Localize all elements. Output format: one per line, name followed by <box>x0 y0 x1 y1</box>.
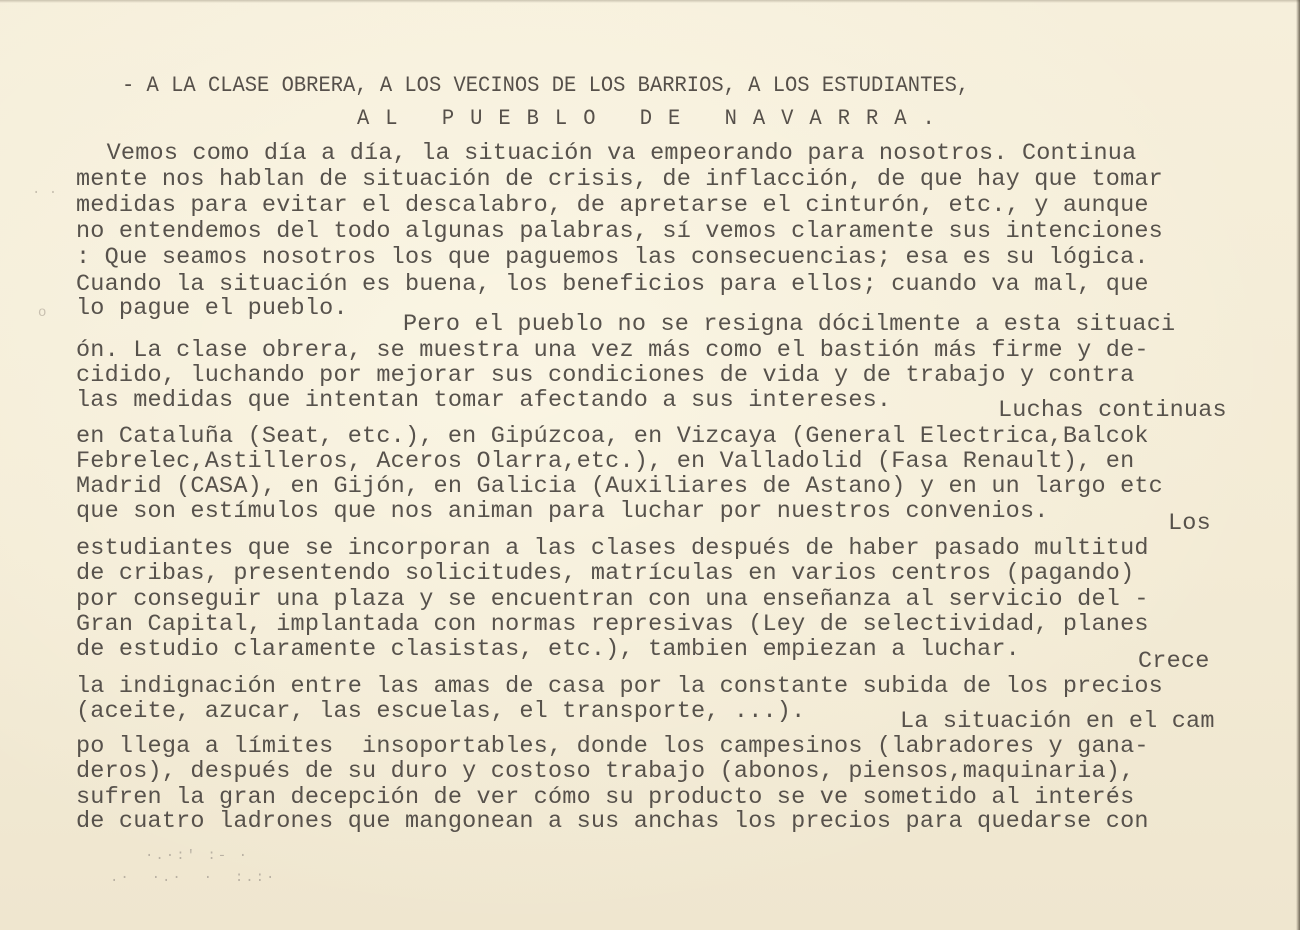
body-line: Febrelec,Astilleros, Aceros Olarra,etc.)… <box>76 450 1134 474</box>
body-line: de cuatro ladrones que mangonean a sus a… <box>76 810 1149 834</box>
body-line: no entendemos del todo algunas palabras,… <box>76 220 1163 244</box>
paper-right-edge-shadow <box>1296 0 1300 930</box>
show-through-marks: ·.·:' :- · <box>145 848 249 864</box>
margin-mark: o <box>38 305 46 321</box>
body-line: lo pague el pueblo. <box>76 297 348 321</box>
body-line: estudiantes que se incorporan a las clas… <box>76 537 1149 561</box>
paper-top-edge <box>0 0 1300 3</box>
body-line: cidido, luchando por mejorar sus condici… <box>76 364 1134 388</box>
document-title-line-1: - A LA CLASE OBRERA, A LOS VECINOS DE LO… <box>122 75 969 97</box>
body-line: por conseguir una plaza y se encuentran … <box>76 588 1149 612</box>
body-line: Luchas continuas <box>998 399 1227 423</box>
body-line: Cuando la situación es buena, los benefi… <box>76 273 1149 297</box>
body-line: sufren la gran decepción de ver cómo su … <box>76 786 1134 810</box>
body-line: (aceite, azucar, las escuelas, el transp… <box>76 700 805 724</box>
body-line: de cribas, presentendo solicitudes, matr… <box>76 562 1134 586</box>
body-line: las medidas que intentan tomar afectando… <box>76 389 891 413</box>
body-line: Los <box>1168 512 1211 536</box>
body-line: la indignación entre las amas de casa po… <box>76 675 1163 699</box>
body-line: : Que seamos nosotros los que paguemos l… <box>76 246 1149 270</box>
show-through-marks: .· ·.· · :.:· <box>110 870 276 886</box>
body-line: deros), después de su duro y costoso tra… <box>76 760 1134 784</box>
body-line: que son estímulos que nos animan para lu… <box>76 500 1049 524</box>
body-line: mente nos hablan de situación de crisis,… <box>76 168 1163 192</box>
body-line: medidas para evitar el descalabro, de ap… <box>76 194 1149 218</box>
body-line: Vemos como día a día, la situación va em… <box>78 142 1136 166</box>
body-line: Gran Capital, implantada con normas repr… <box>76 613 1149 637</box>
body-line: La situación en el cam <box>900 710 1215 734</box>
document-title-line-2: A L P U E B L O D E N A V A R R A . <box>357 108 937 130</box>
body-line: Crece <box>1138 650 1210 674</box>
margin-mark: · · <box>32 185 57 201</box>
body-line: en Cataluña (Seat, etc.), en Gipúzcoa, e… <box>76 425 1149 449</box>
body-line: Pero el pueblo no se resigna dócilmente … <box>403 313 1175 337</box>
body-line: po llega a límites insoportables, donde … <box>76 735 1149 759</box>
body-line: ón. La clase obrera, se muestra una vez … <box>76 339 1149 363</box>
body-line: de estudio claramente clasistas, etc.), … <box>76 638 1020 662</box>
body-line: Madrid (CASA), en Gijón, en Galicia (Aux… <box>76 475 1163 499</box>
